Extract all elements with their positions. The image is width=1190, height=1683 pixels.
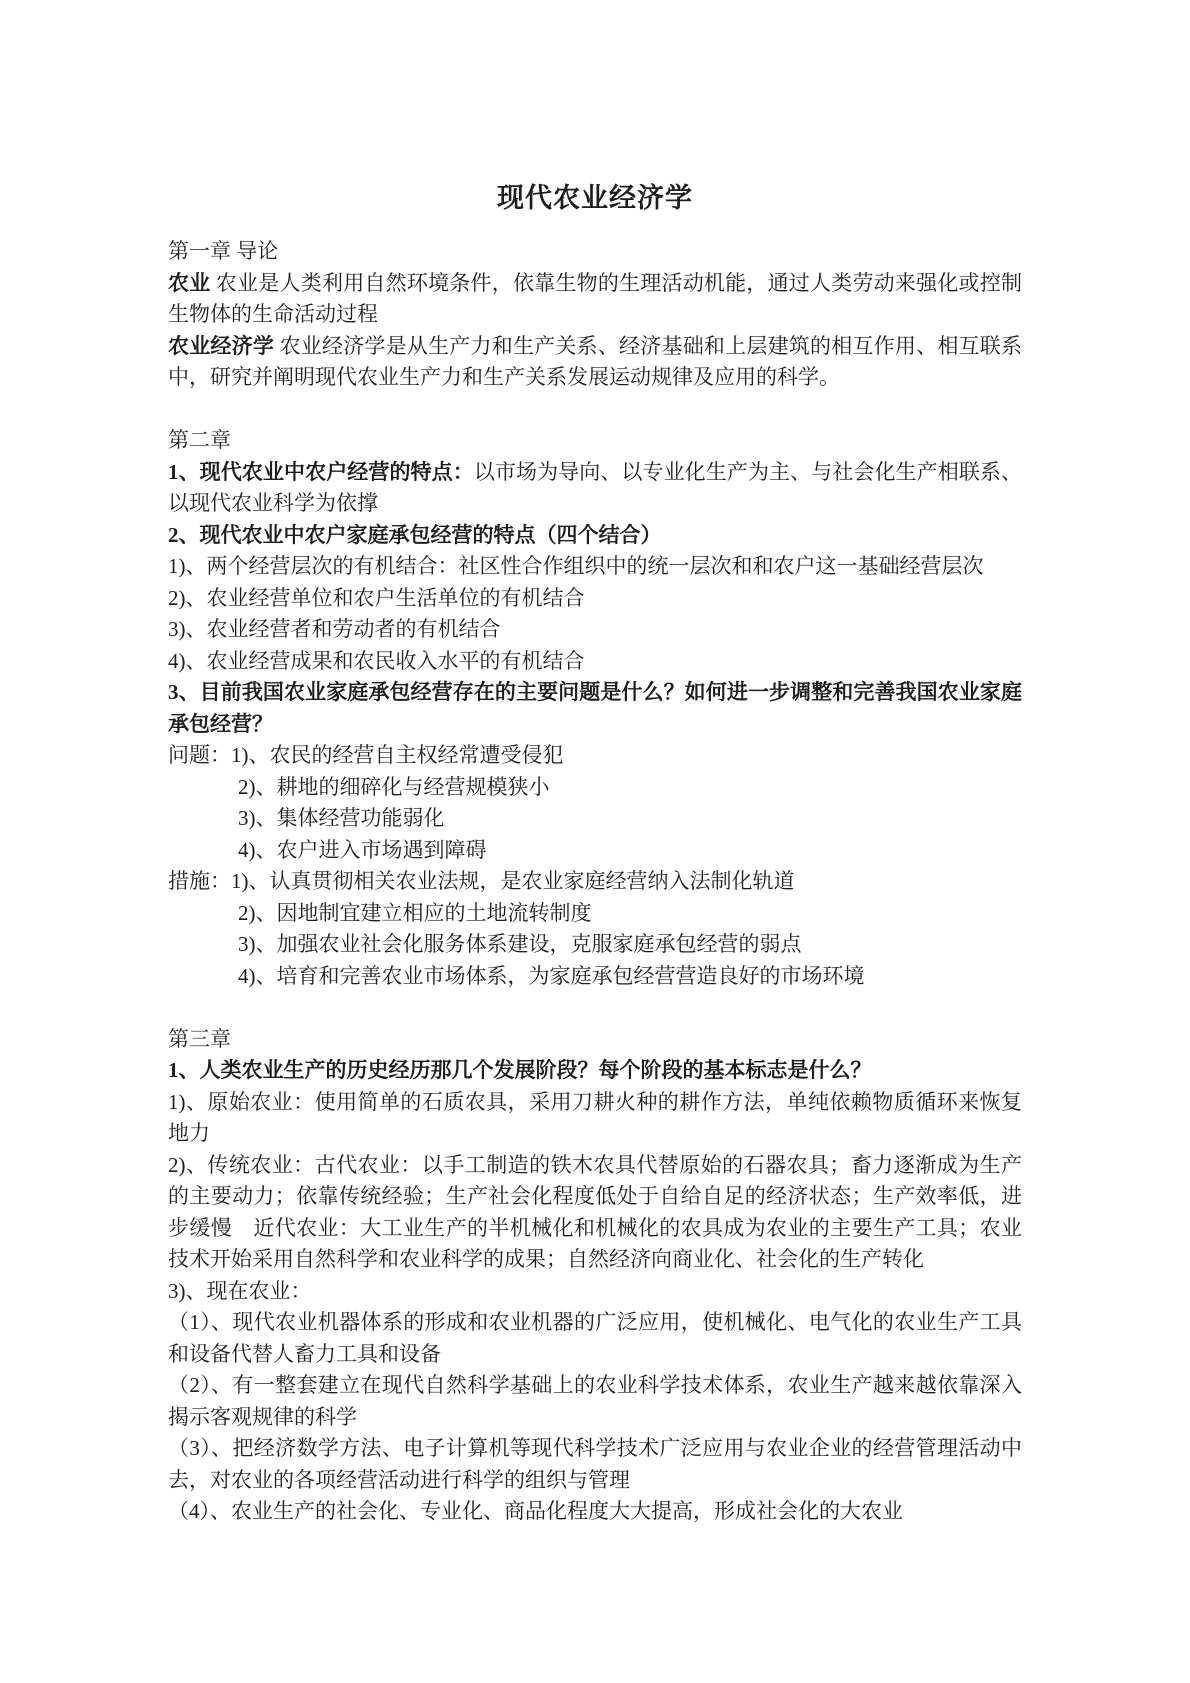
text-run: （3）、把经济数学方法、电子计算机等现代科学技术广泛应用与农业企业的经营管理活动… <box>168 1436 1022 1492</box>
text-run: 农业是人类利用自然环境条件，依靠生物的生理活动机能，通过人类劳动来强化或控制生物… <box>168 271 1022 327</box>
paragraph-spacer <box>168 992 1022 1024</box>
document-title: 现代农业经济学 <box>168 184 1022 212</box>
paragraph: 4)、农业经营成果和农民收入水平的有机结合 <box>168 646 1022 678</box>
paragraph: 第三章 <box>168 1024 1022 1056</box>
paragraph: （1）、现代农业机器体系的形成和农业机器的广泛应用，使机械化、电气化的农业生产工… <box>168 1307 1022 1370</box>
text-run: 4)、培育和完善农业市场体系，为家庭承包经营营造良好的市场环境 <box>238 964 865 988</box>
paragraph: 农业经济学 农业经济学是从生产力和生产关系、经济基础和上层建筑的相互作用、相互联… <box>168 331 1022 394</box>
paragraph: 1)、原始农业：使用简单的石质农具，采用刀耕火种的耕作方法，单纯依赖物质循环来恢… <box>168 1087 1022 1150</box>
paragraph: 2、现代农业中农户家庭承包经营的特点（四个结合） <box>168 520 1022 552</box>
paragraph: 2)、传统农业：古代农业：以手工制造的铁木农具代替原始的石器农具；畜力逐渐成为生… <box>168 1150 1022 1276</box>
document-body: 第一章 导论农业 农业是人类利用自然环境条件，依靠生物的生理活动机能，通过人类劳… <box>168 236 1022 1528</box>
document-page: 现代农业经济学 第一章 导论农业 农业是人类利用自然环境条件，依靠生物的生理活动… <box>0 0 1190 1683</box>
bold-text-run: 2、现代农业中农户家庭承包经营的特点（四个结合） <box>168 523 662 547</box>
bold-text-run: 1、人类农业生产的历史经历那几个发展阶段？每个阶段的基本标志是什么？ <box>168 1058 872 1082</box>
text-run: 1)、原始农业：使用简单的石质农具，采用刀耕火种的耕作方法，单纯依赖物质循环来恢… <box>168 1090 1022 1146</box>
text-run: 问题：1)、农民的经营自主权经常遭受侵犯 <box>168 743 564 767</box>
paragraph: 1、人类农业生产的历史经历那几个发展阶段？每个阶段的基本标志是什么？ <box>168 1055 1022 1087</box>
paragraph: （3）、把经济数学方法、电子计算机等现代科学技术广泛应用与农业企业的经营管理活动… <box>168 1433 1022 1496</box>
text-run: 措施：1)、认真贯彻相关农业法规，是农业家庭经营纳入法制化轨道 <box>168 869 795 893</box>
paragraph: 农业 农业是人类利用自然环境条件，依靠生物的生理活动机能，通过人类劳动来强化或控… <box>168 268 1022 331</box>
paragraph: 措施：1)、认真贯彻相关农业法规，是农业家庭经营纳入法制化轨道 <box>168 866 1022 898</box>
document-content: 现代农业经济学 第一章 导论农业 农业是人类利用自然环境条件，依靠生物的生理活动… <box>168 184 1022 1528</box>
paragraph: 1)、两个经营层次的有机结合：社区性合作组织中的统一层次和和农户这一基础经营层次 <box>168 551 1022 583</box>
text-run: 3)、集体经营功能弱化 <box>238 806 445 830</box>
paragraph: 4)、培育和完善农业市场体系，为家庭承包经营营造良好的市场环境 <box>168 961 1022 993</box>
text-run: 2)、农业经营单位和农户生活单位的有机结合 <box>168 586 585 610</box>
text-run: 第二章 <box>168 428 231 452</box>
text-run: 2)、耕地的细碎化与经营规模狭小 <box>238 775 550 799</box>
paragraph: 4)、农户进入市场遇到障碍 <box>168 835 1022 867</box>
paragraph: 3、目前我国农业家庭承包经营存在的主要问题是什么？如何进一步调整和完善我国农业家… <box>168 677 1022 740</box>
text-run: 农业经济学是从生产力和生产关系、经济基础和上层建筑的相互作用、相互联系中，研究并… <box>168 334 1022 390</box>
paragraph: 3)、加强农业社会化服务体系建设，克服家庭承包经营的弱点 <box>168 929 1022 961</box>
text-run: 2)、因地制宜建立相应的土地流转制度 <box>238 901 592 925</box>
paragraph: 3)、集体经营功能弱化 <box>168 803 1022 835</box>
paragraph: 第一章 导论 <box>168 236 1022 268</box>
paragraph: 3)、现在农业： <box>168 1276 1022 1308</box>
text-run: 第三章 <box>168 1027 231 1051</box>
text-run: 3)、加强农业社会化服务体系建设，克服家庭承包经营的弱点 <box>238 932 802 956</box>
paragraph: （4）、农业生产的社会化、专业化、商品化程度大大提高，形成社会化的大农业 <box>168 1496 1022 1528</box>
bold-text-run: 农业经济学 <box>168 334 274 358</box>
text-run: 3)、现在农业： <box>168 1279 312 1303</box>
paragraph: 1、现代农业中农户经营的特点：以市场为导向、以专业化生产为主、与社会化生产相联系… <box>168 457 1022 520</box>
paragraph: 问题：1)、农民的经营自主权经常遭受侵犯 <box>168 740 1022 772</box>
bold-text-run: 1、现代农业中农户经营的特点： <box>168 460 474 484</box>
bold-text-run: 3、目前我国农业家庭承包经营存在的主要问题是什么？如何进一步调整和完善我国农业家… <box>168 680 1022 736</box>
text-run: 1)、两个经营层次的有机结合：社区性合作组织中的统一层次和和农户这一基础经营层次 <box>168 554 984 578</box>
paragraph: （2）、有一整套建立在现代自然科学基础上的农业科学技术体系，农业生产越来越依靠深… <box>168 1370 1022 1433</box>
text-run: 3)、农业经营者和劳动者的有机结合 <box>168 617 501 641</box>
text-run: （4）、农业生产的社会化、专业化、商品化程度大大提高，形成社会化的大农业 <box>168 1499 903 1523</box>
paragraph: 2)、耕地的细碎化与经营规模狭小 <box>168 772 1022 804</box>
paragraph: 第二章 <box>168 425 1022 457</box>
text-run: 2)、传统农业：古代农业：以手工制造的铁木农具代替原始的石器农具；畜力逐渐成为生… <box>168 1153 1022 1272</box>
text-run: （2）、有一整套建立在现代自然科学基础上的农业科学技术体系，农业生产越来越依靠深… <box>168 1373 1022 1429</box>
paragraph: 2)、农业经营单位和农户生活单位的有机结合 <box>168 583 1022 615</box>
paragraph: 3)、农业经营者和劳动者的有机结合 <box>168 614 1022 646</box>
text-run: 4)、农户进入市场遇到障碍 <box>238 838 487 862</box>
text-run: （1）、现代农业机器体系的形成和农业机器的广泛应用，使机械化、电气化的农业生产工… <box>168 1310 1022 1366</box>
text-run: 4)、农业经营成果和农民收入水平的有机结合 <box>168 649 585 673</box>
paragraph: 2)、因地制宜建立相应的土地流转制度 <box>168 898 1022 930</box>
bold-text-run: 农业 <box>168 271 210 295</box>
paragraph-spacer <box>168 394 1022 426</box>
text-run: 第一章 导论 <box>168 239 278 263</box>
